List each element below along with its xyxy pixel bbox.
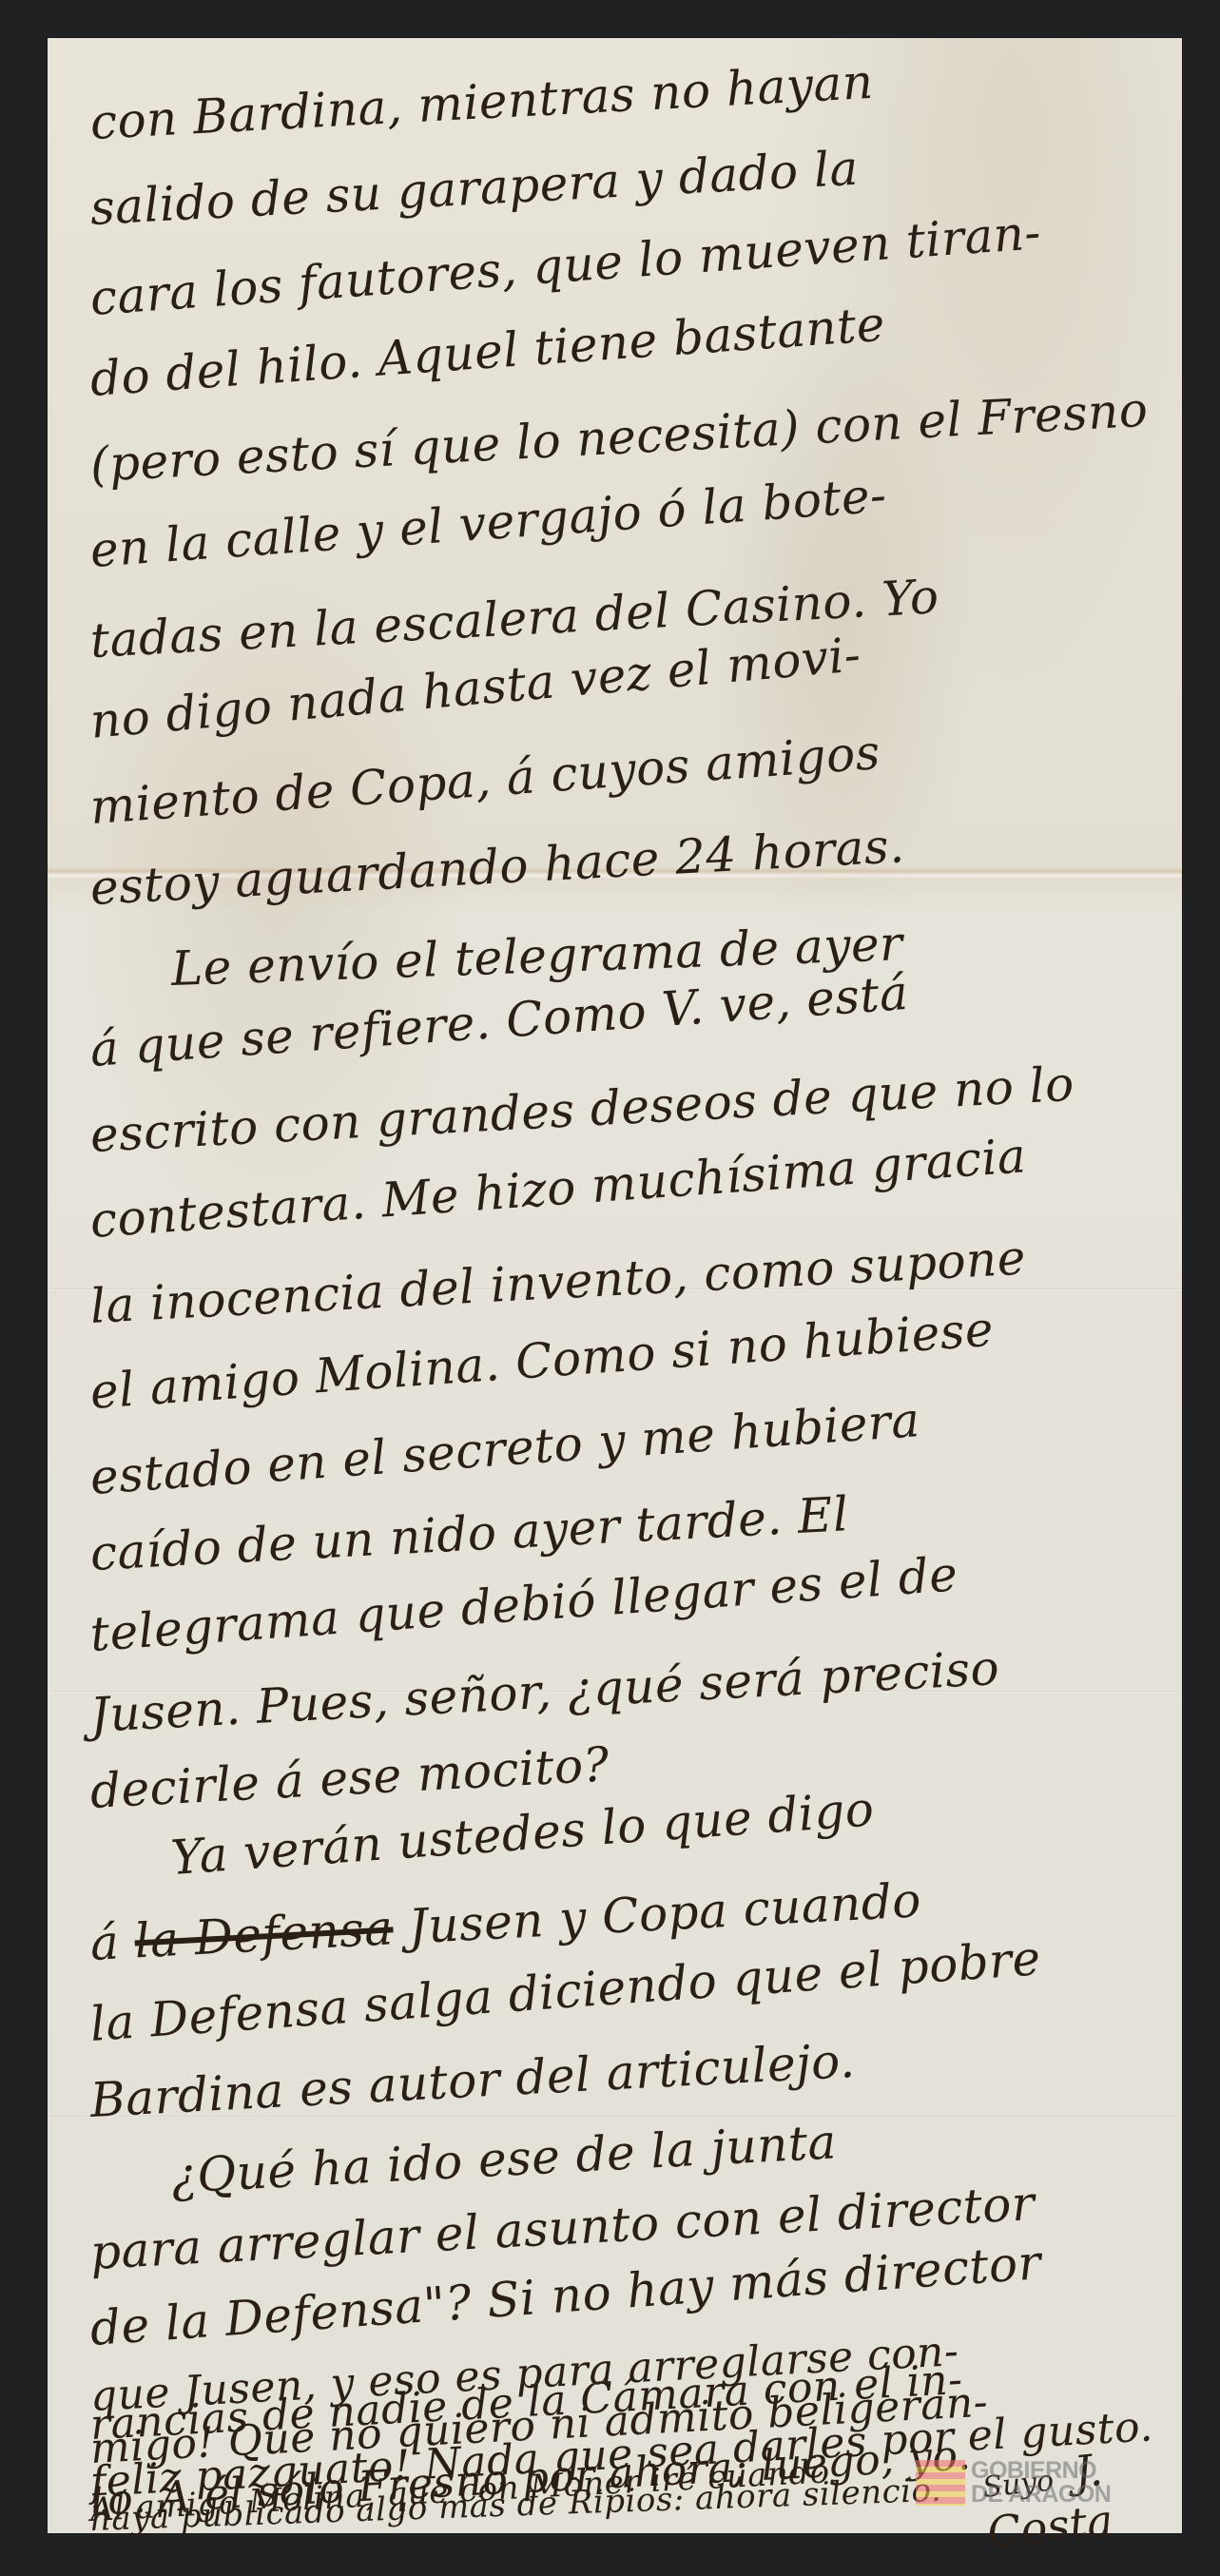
text-line: con Bardina, mientras no hayan bbox=[88, 54, 874, 150]
aragon-flag-icon bbox=[916, 2460, 965, 2506]
struck-text: la Defensa bbox=[133, 1900, 395, 1968]
text-line: Bardina es autor del articulejo. bbox=[88, 2033, 856, 2128]
text-line: (pero esto sí que lo necesita) con el Fr… bbox=[88, 382, 1149, 493]
text-line: estoy aguardando hace 24 horas. bbox=[88, 818, 905, 916]
text-line: salido de su garapera y dado la bbox=[88, 141, 860, 236]
text-line: miento de Copa, á cuyos amigos bbox=[88, 725, 882, 835]
watermark-text: GOBIERNO DE ARAGON bbox=[971, 2459, 1111, 2507]
letter-page: con Bardina, mientras no hayansalido de … bbox=[48, 38, 1182, 2533]
document-scan: con Bardina, mientras no hayansalido de … bbox=[0, 0, 1220, 2576]
text-line: Jusen. Pues, señor, ¿qué será preciso bbox=[88, 1640, 1000, 1743]
watermark-logo: GOBIERNO DE ARAGON bbox=[916, 2457, 1111, 2508]
